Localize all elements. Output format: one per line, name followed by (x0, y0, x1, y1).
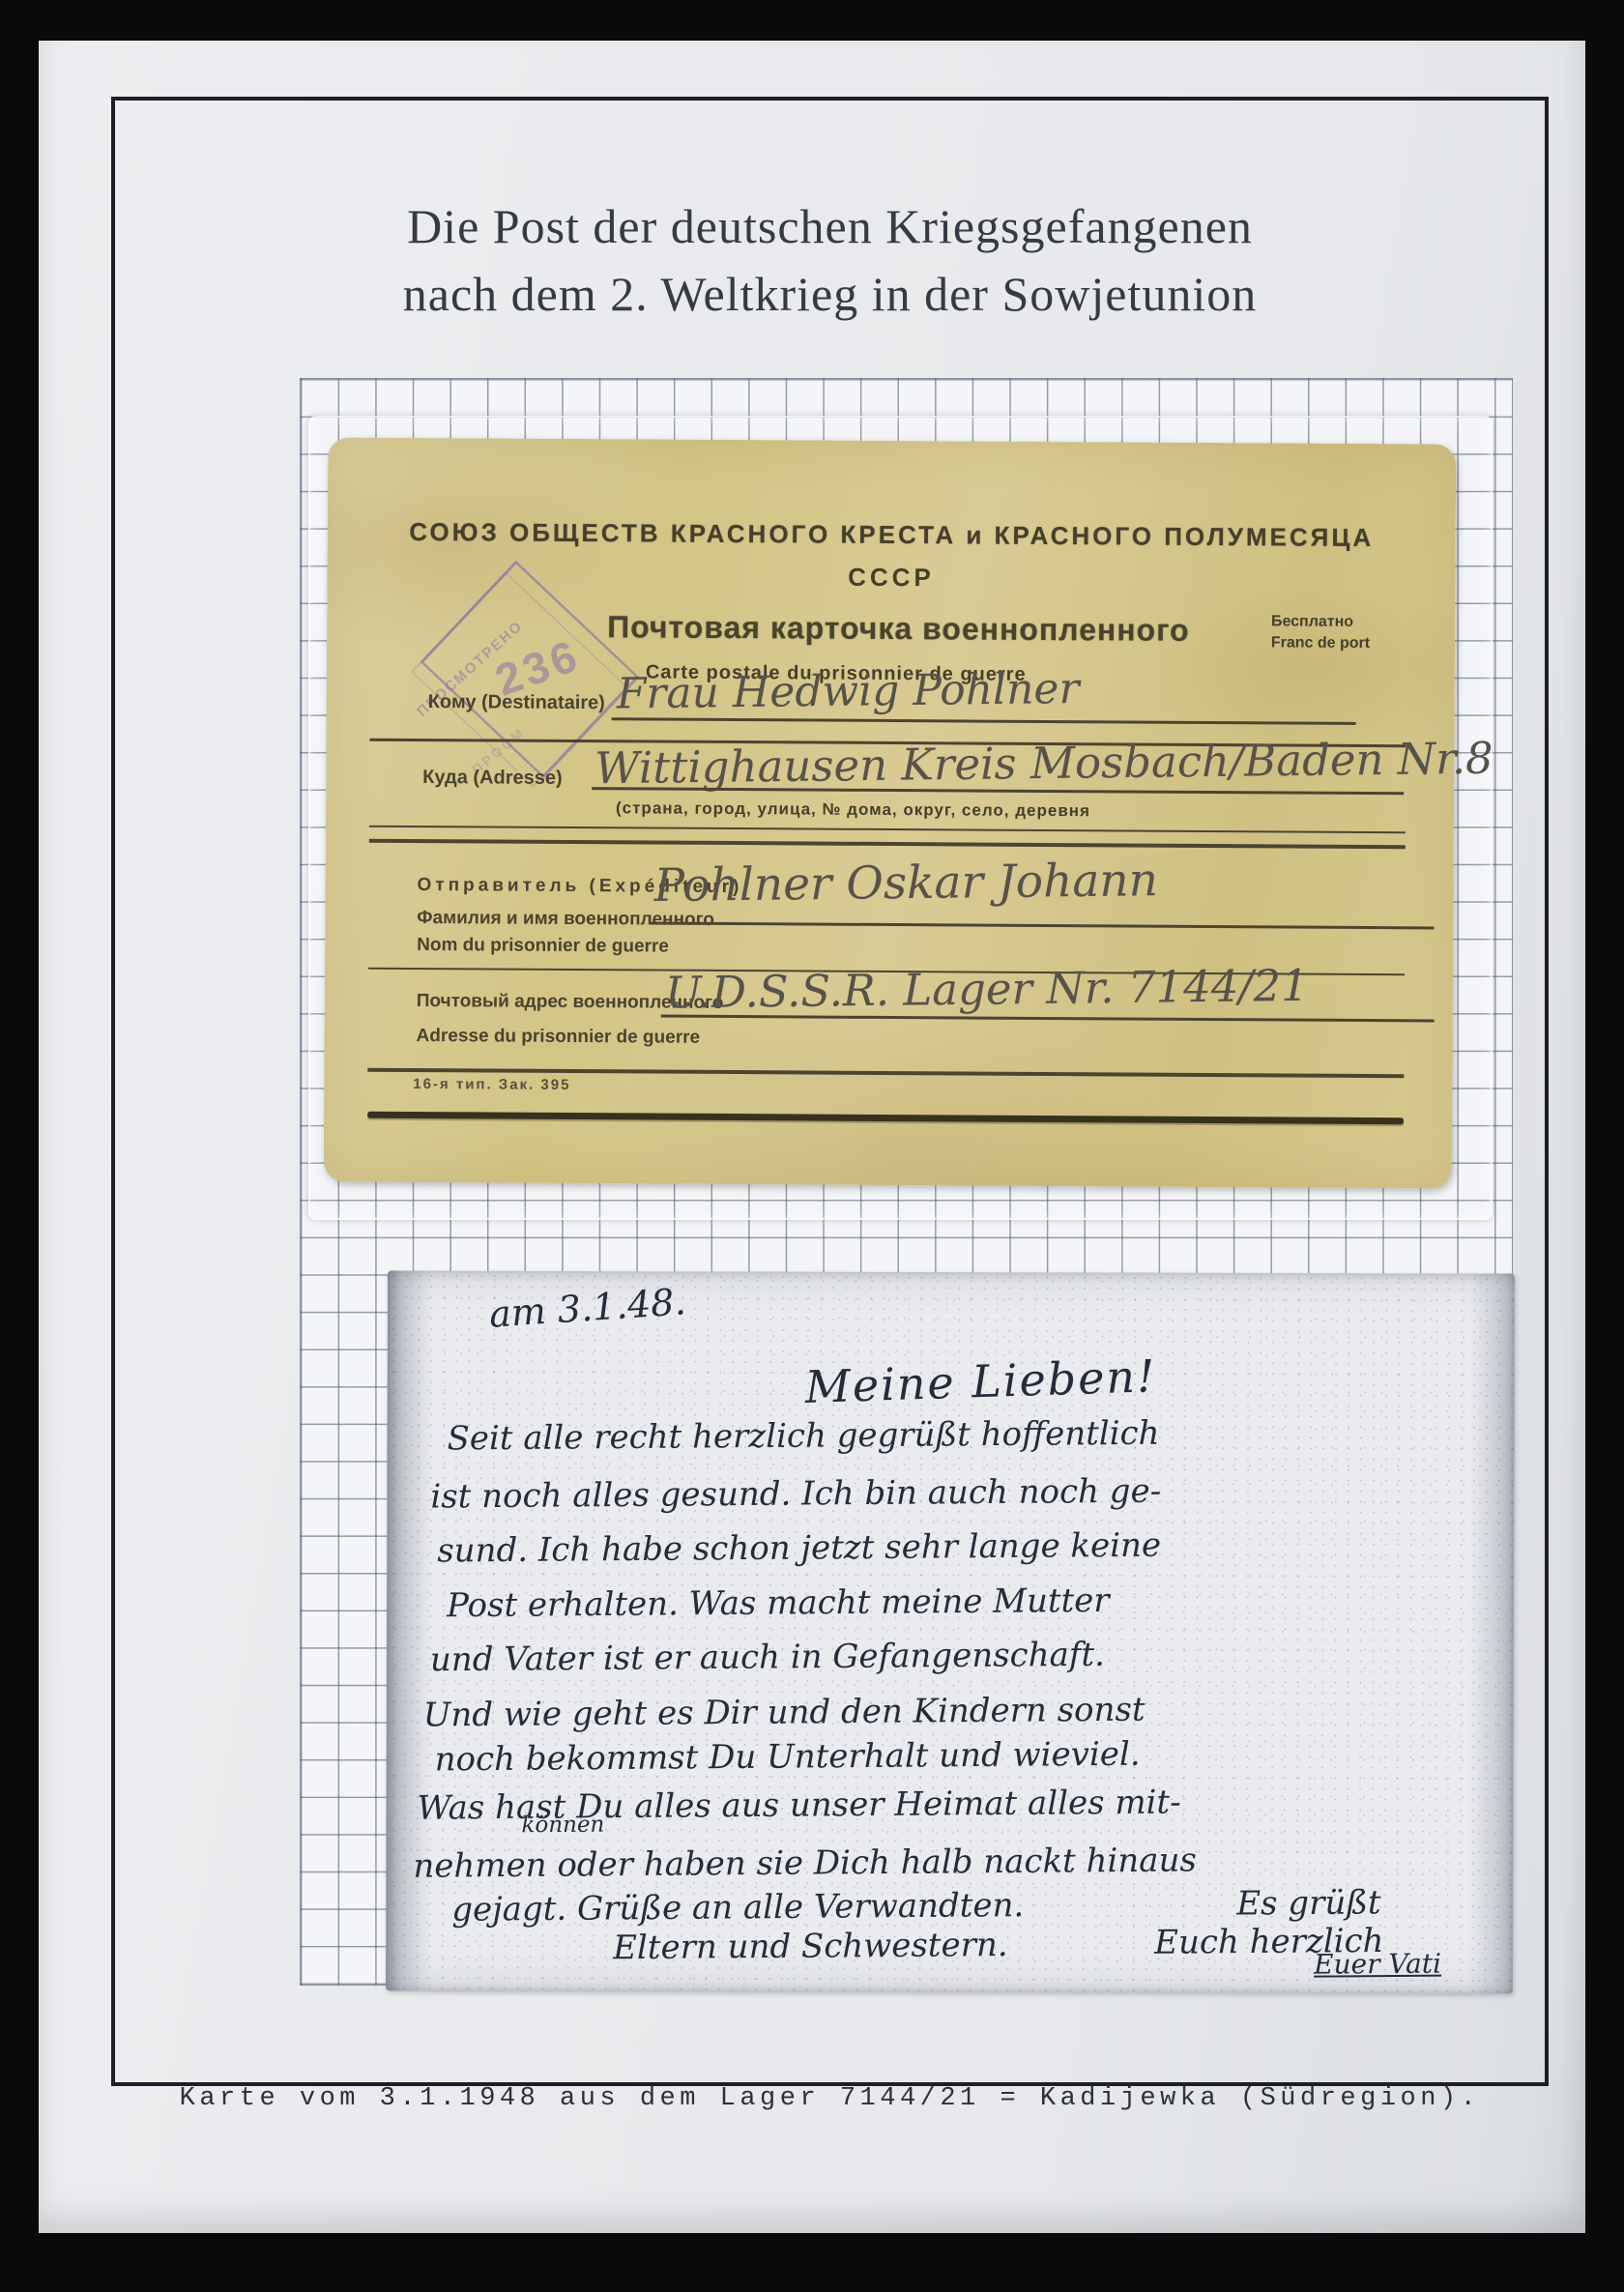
pow-address-handwriting: U.D.S.S.R. Lager Nr. 7144/21 (665, 960, 1309, 1019)
postage-free-ru: Бесплатно (1271, 611, 1370, 633)
message-line: Post erhalten. Was macht meine Mutter (447, 1581, 1110, 1625)
page-title: Die Post der deutschen Kriegsgefangenen … (115, 192, 1545, 328)
divider-line-3 (369, 839, 1406, 849)
message-inserted-word: können (521, 1813, 604, 1839)
pow-address-writing-line (661, 1015, 1435, 1022)
address-label: Куда (Adresse) (422, 767, 563, 790)
postage-free-note: Бесплатно Franc de port (1271, 611, 1371, 654)
message-signature: Euer Vati (1314, 1948, 1441, 1981)
message-salutation: Meine Lieben! (804, 1349, 1157, 1413)
pow-address-label-fr: Adresse du prisonnier de guerre (417, 1026, 701, 1049)
sender-label-ru2: Фамилия и имя военнопленного (417, 908, 714, 931)
sender-writing-line (649, 921, 1434, 928)
message-line: nehmen oder haben sie Dich halb nackt hi… (413, 1841, 1197, 1885)
postage-free-fr: Franc de port (1271, 632, 1370, 654)
recipient-handwriting: Frau Hedwig Pohlner (616, 664, 1079, 718)
message-card: am 3.1.48. Meine Lieben! Seit alle recht… (386, 1270, 1515, 1993)
red-cross-union-line: СОЮЗ ОБЩЕСТВ КРАСНОГО КРЕСТА и КРАСНОГО … (328, 516, 1456, 553)
message-line: Und wie geht es Dir und den Kindern sons… (423, 1691, 1145, 1735)
message-line: und Vater ist er auch in Gefangenschaft. (430, 1636, 1105, 1679)
album-page: Die Post der deutschen Kriegsgefangenen … (39, 41, 1585, 2233)
message-line: sund. Ich habe schon jetzt sehr lange ke… (437, 1526, 1161, 1571)
sender-handwriting: Pohlner Oskar Johann (653, 854, 1158, 913)
pow-postcard: СОЮЗ ОБЩЕСТВ КРАСНОГО КРЕСТА и КРАСНОГО … (324, 437, 1457, 1188)
page-title-line1: Die Post der deutschen Kriegsgefangenen (115, 192, 1545, 260)
address-handwriting: Wittighausen Kreis Mosbach/Baden Nr.8 (594, 733, 1493, 795)
curator-caption: Karte vom 3.1.1948 aus dem Lager 7144/21… (115, 2084, 1545, 2113)
card-title-russian: Почтовая карточка военнопленного (607, 609, 1190, 649)
message-date: am 3.1.48. (488, 1280, 687, 1336)
message-line: Eltern und Schwestern. (613, 1926, 1008, 1967)
bottom-ink-band (367, 1112, 1404, 1125)
recipient-label: Кому (Destinataire) (428, 691, 605, 714)
message-line: Seit alle recht herzlich gegrüßt hoffent… (447, 1414, 1159, 1459)
divider-line-2 (369, 826, 1406, 833)
message-line: ist noch alles gesund. Ich bin auch noch… (430, 1472, 1161, 1517)
page-title-line2: nach dem 2. Weltkrieg in der Sowjetunion (115, 260, 1545, 328)
message-closing-1: Es grüßt (1236, 1883, 1381, 1923)
page-border-frame: Die Post der deutschen Kriegsgefangenen … (111, 97, 1549, 2086)
album-page-photo: Die Post der deutschen Kriegsgefangenen … (0, 0, 1624, 2292)
address-hint: (страна, город, улица, № дома, округ, се… (616, 798, 1090, 821)
recipient-writing-line (612, 717, 1356, 724)
message-line: gejagt. Grüße an alle Verwandten. (451, 1886, 1024, 1929)
printing-imprint: 16-я тип. Зак. 395 (413, 1076, 570, 1093)
sender-label-fr: Nom du prisonnier de guerre (417, 935, 669, 958)
message-line: noch bekommst Du Unterhalt und wieviel. (435, 1735, 1141, 1780)
